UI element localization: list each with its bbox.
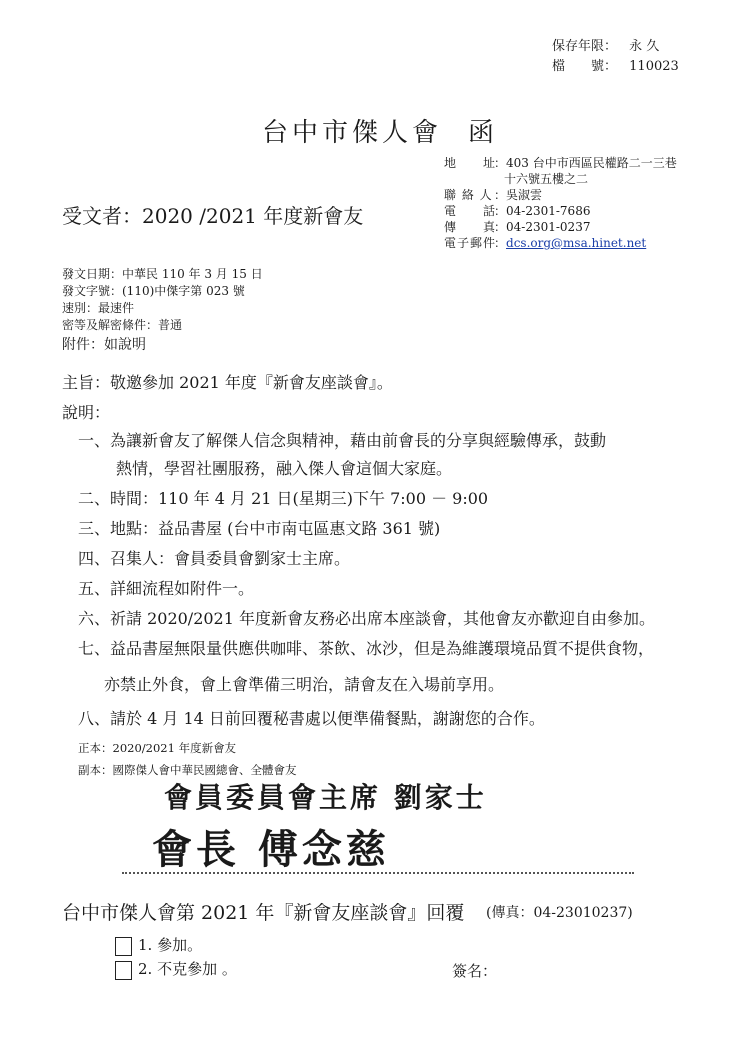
dotted-separator — [122, 872, 634, 874]
file-number-value: 110023 — [629, 59, 679, 74]
secrecy-level: 密等及解密條件：普通 — [62, 317, 263, 334]
option-attend-label: 1. 參加。 — [138, 936, 202, 954]
item-7: 七、益品書屋無限量供應供咖啡、茶飲、冰沙，但是為維護環境品質不提供食物， — [78, 636, 654, 659]
item-1: 一、為讓新會友了解傑人信念與精神，藉由前會長的分享與經驗傳承，鼓動 — [78, 428, 606, 451]
attachment: 附件：如說明 — [62, 334, 146, 354]
president-signature: 會長 傅念慈 — [152, 818, 390, 875]
retention-period: 保存年限： 永 久 — [552, 38, 659, 56]
recipient: 受文者：2020 /2021 年度新會友 — [62, 200, 363, 229]
attend-checkbox[interactable] — [115, 937, 132, 956]
original-recipient: 正本：2020/2021 年度新會友 — [78, 740, 236, 756]
signature-label: 簽名： — [452, 960, 497, 981]
urgency: 速別：最速件 — [62, 300, 263, 317]
document-type: 函 — [468, 112, 494, 149]
contact-row: 聯 絡 人：吳淑雲 — [444, 187, 677, 203]
item-6: 六、祈請 2020/2021 年度新會友務必出席本座談會，其他會友亦歡迎自由參加… — [78, 606, 655, 629]
item-8: 八、請於 4 月 14 日前回覆秘書處以便準備餐點，謝謝您的合作。 — [78, 706, 545, 729]
organization-title: 台中市傑人會 — [262, 112, 442, 149]
item-4: 四、召集人：會員委員會劉家士主席。 — [78, 546, 350, 569]
address-row: 地 址：403 台中市西區民權路二一三巷 — [444, 155, 677, 171]
sender-info: 地 址：403 台中市西區民權路二一三巷 十六號五樓之二 聯 絡 人：吳淑雲 電… — [444, 155, 677, 251]
decline-checkbox[interactable] — [115, 961, 132, 980]
item-2: 二、時間：110 年 4 月 21 日(星期三)下午 7:00 － 9:00 — [78, 486, 488, 509]
document-meta: 發文日期：中華民 110 年 3 月 15 日 發文字號：(110)中傑字第 0… — [62, 266, 263, 334]
email-link[interactable]: dcs.org@msa.hinet.net — [506, 236, 646, 250]
issue-number: 發文字號：(110)中傑字第 023 號 — [62, 283, 263, 300]
issue-date: 發文日期：中華民 110 年 3 月 15 日 — [62, 266, 263, 283]
subject: 主旨：敬邀參加 2021 年度『新會友座談會』。 — [62, 370, 393, 393]
file-number: 檔 號： 110023 — [552, 58, 679, 76]
explanation-label: 說明： — [62, 400, 110, 423]
reply-title: 台中市傑人會第 2021 年『新會友座談會』回覆 — [62, 898, 464, 925]
chair-signature: 會員委員會主席 劉家士 — [164, 776, 487, 816]
email-row: 電子郵件：dcs.org@msa.hinet.net — [444, 235, 677, 251]
address-row-2: 十六號五樓之二 — [444, 171, 677, 187]
retention-value: 永 久 — [629, 39, 659, 54]
reply-fax: (傳真：04-23010237) — [486, 902, 633, 922]
option-attend[interactable]: 1. 參加。 — [115, 934, 202, 956]
item-1-cont: 熱情，學習社團服務，融入傑人會這個大家庭。 — [116, 456, 452, 479]
phone-row: 電 話：04-2301-7686 — [444, 203, 677, 219]
file-number-label: 檔 號： — [552, 59, 617, 74]
item-7-cont: 亦禁止外食，會上會準備三明治，請會友在入場前享用。 — [104, 672, 504, 695]
fax-row: 傳 真：04-2301-0237 — [444, 219, 677, 235]
retention-label: 保存年限： — [552, 39, 617, 54]
item-5: 五、詳細流程如附件一。 — [78, 576, 254, 599]
item-3: 三、地點：益品書屋 (台中市南屯區惠文路 361 號) — [78, 516, 440, 539]
option-decline[interactable]: 2. 不克參加 。 — [115, 958, 237, 980]
option-decline-label: 2. 不克參加 。 — [138, 960, 237, 978]
